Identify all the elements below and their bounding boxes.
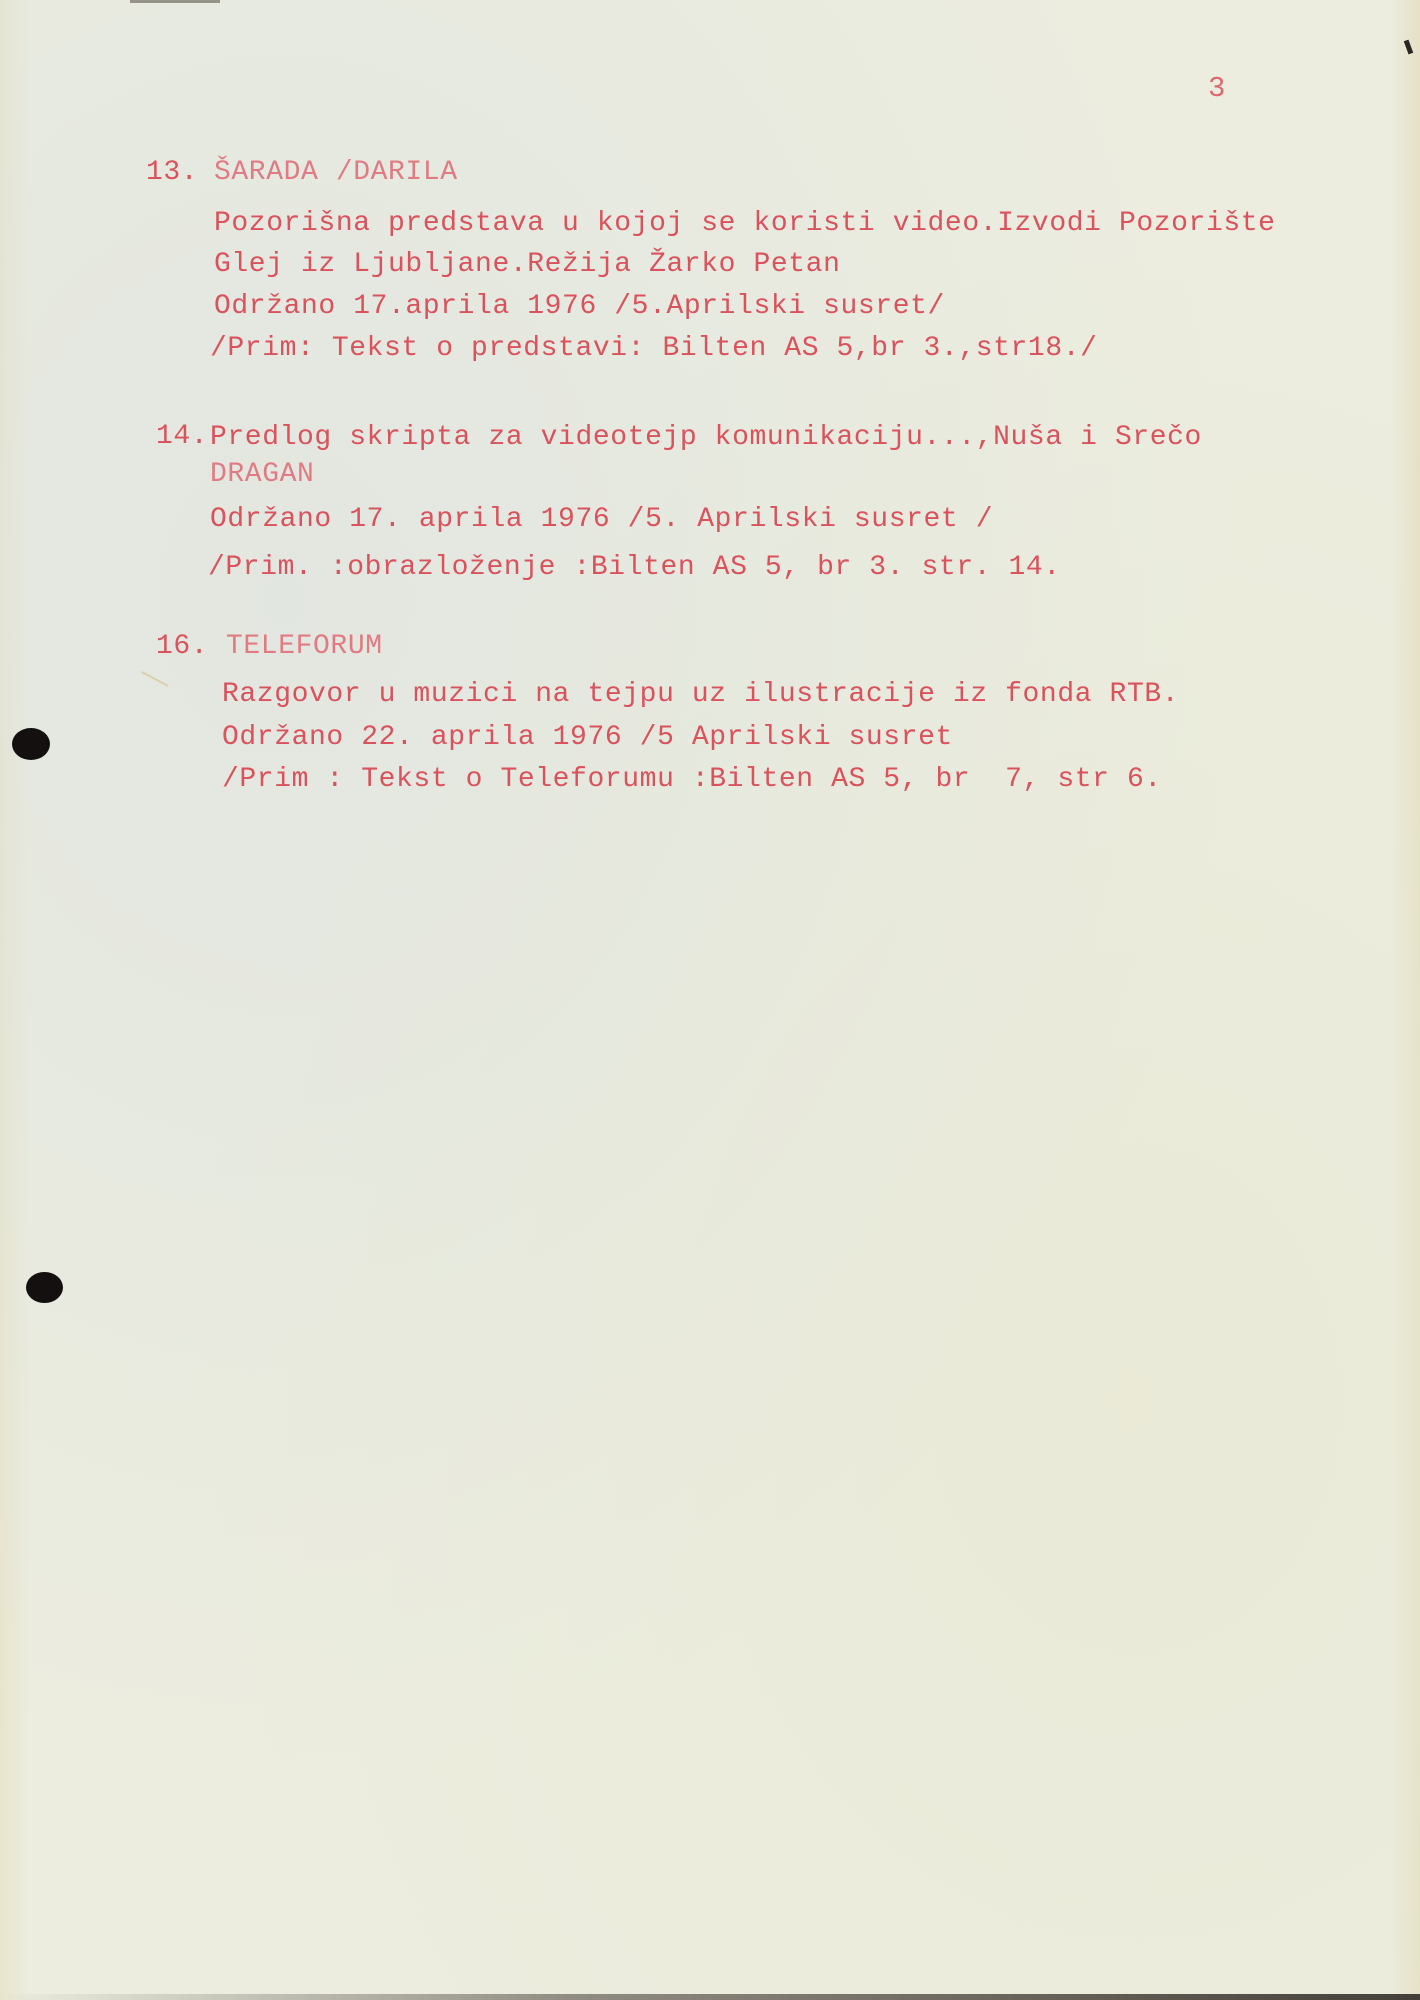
entry-line: Održano 22. aprila 1976 /5 Aprilski susr… [222,721,953,755]
entry-line: Razgovor u muzici na tejpu uz ilustracij… [222,678,1179,712]
entry-number: 16. [156,630,208,664]
entry-line: Održano 17.aprila 1976 /5.Aprilski susre… [214,290,945,324]
punch-hole [26,1272,63,1303]
document-page: 3 13. ŠARADA /DARILA Pozorišna predstava… [0,0,1420,2000]
entry-line: DRAGAN [210,458,314,492]
paper-edge-mark [1404,40,1413,55]
paper-edge-mark [130,0,220,3]
entry-title: ŠARADA /DARILA [214,156,458,190]
punch-hole [12,728,50,760]
entry-line: Pozorišna predstava u kojoj se koristi v… [214,207,1276,241]
paper-stain [141,671,168,687]
entry-number: 14. [156,420,208,454]
entry-number: 13. [146,156,198,190]
entry-line: Glej iz Ljubljane.Režija Žarko Petan [214,248,841,282]
paper-edge-shadow [0,1994,1420,2000]
page-number: 3 [1208,72,1225,105]
entry-line: /Prim : Tekst o Teleforumu :Bilten AS 5,… [222,763,1162,797]
entry-line: /Prim. :obrazloženje :Bilten AS 5, br 3.… [208,551,1061,585]
entry-title: Predlog skripta za videotejp komunikacij… [210,421,1202,455]
entry-line: Održano 17. aprila 1976 /5. Aprilski sus… [210,503,993,537]
entry-line: /Prim: Tekst o predstavi: Bilten AS 5,br… [210,332,1098,366]
entry-title: TELEFORUM [226,630,383,664]
